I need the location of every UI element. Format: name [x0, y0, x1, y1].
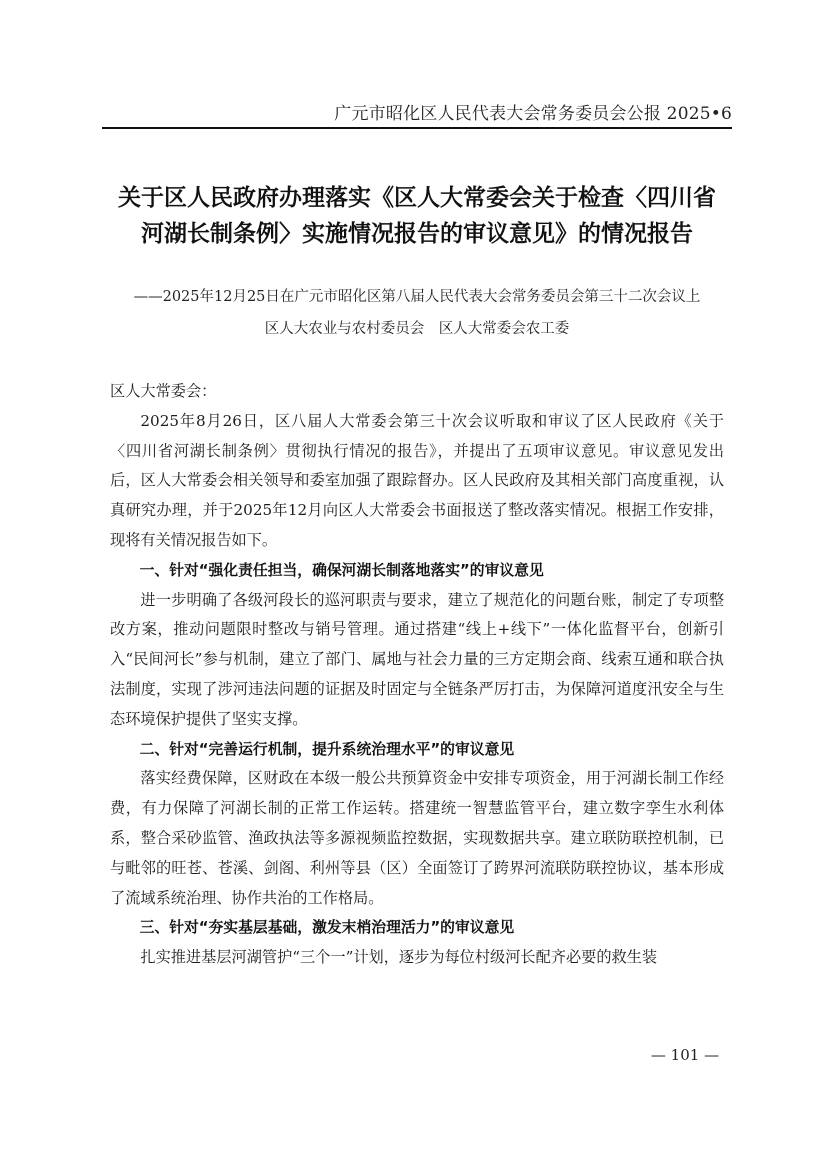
section-body-3: 扎实推进基层河湖管护“三个一”计划，逐步为每位村级河长配齐必要的救生装 [110, 943, 724, 973]
title-line-1: 关于区人民政府办理落实《区人大常委会关于检查〈四川省 [102, 180, 732, 216]
intro-paragraph: 2025年8月26日，区八届人大常委会第三十次会议听取和审议了区人民政府《关于〈… [110, 407, 724, 556]
page-number: — 101 — [640, 1046, 730, 1064]
subtitle: ——2025年12月25日在广元市昭化区第八届人民代表大会常务委员会第三十二次会… [102, 287, 732, 307]
section-body-2: 落实经费保障，区财政在本级一般公共预算资金中安排专项资金，用于河湖长制工作经费，… [110, 764, 724, 913]
document-body: 区人大常委会： 2025年8月26日，区八届人大常委会第三十次会议听取和审议了区… [110, 377, 724, 973]
header-rule [102, 127, 732, 129]
section-heading-2: 二、针对“完善运行机制，提升系统治理水平”的审议意见 [110, 735, 724, 765]
section-heading-3: 三、针对“夯实基层基础，激发末梢治理活力”的审议意见 [110, 913, 724, 943]
section-body-1: 进一步明确了各级河段长的巡河职责与要求，建立了规范化的问题台账，制定了专项整改方… [110, 586, 724, 735]
title-line-2: 河湖长制条例〉实施情况报告的审议意见》的情况报告 [102, 216, 732, 252]
running-header: 广元市昭化区人民代表大会常务委员会公报 2025•6 [102, 104, 732, 124]
salutation: 区人大常委会： [110, 377, 724, 407]
presenters: 区人大农业与农村委员会 区人大常委会农工委 [102, 319, 732, 339]
section-heading-1: 一、针对“强化责任担当，确保河湖长制落地落实”的审议意见 [110, 556, 724, 586]
document-title: 关于区人民政府办理落实《区人大常委会关于检查〈四川省 河湖长制条例〉实施情况报告… [102, 180, 732, 252]
